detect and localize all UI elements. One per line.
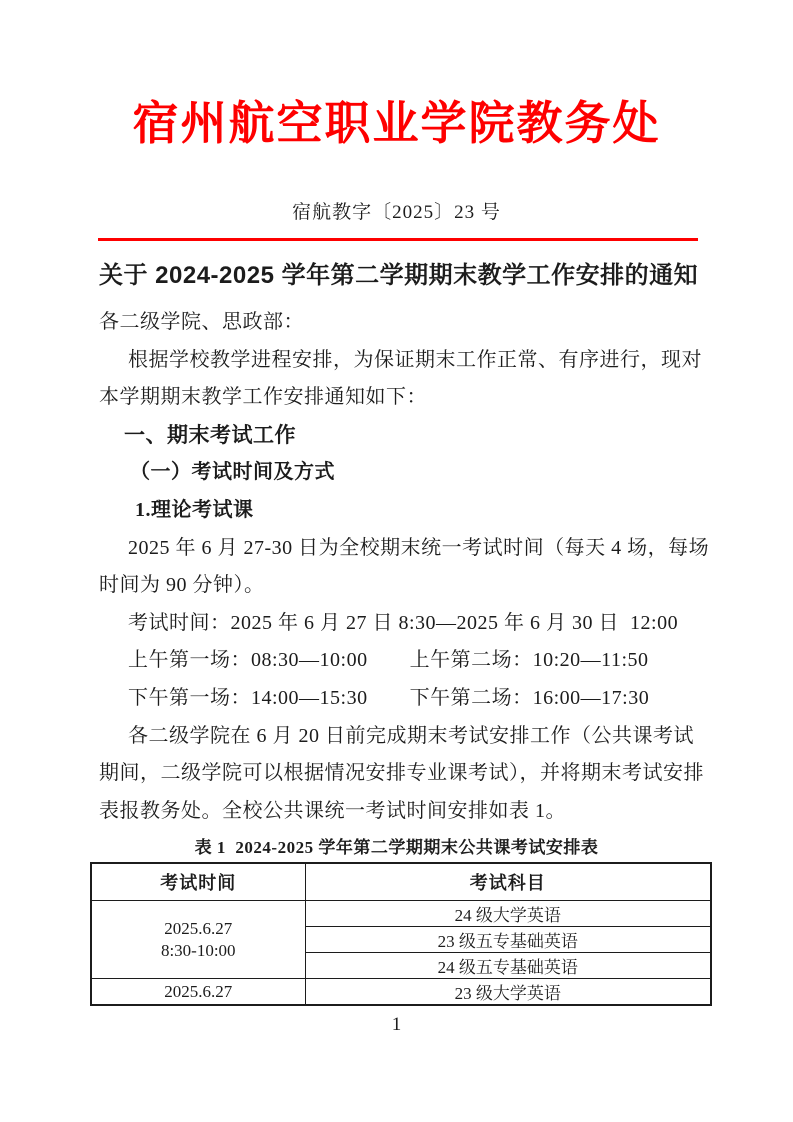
time-range: 8:30-10:00 bbox=[92, 940, 305, 962]
body-line: 根据学校教学进程安排，为保证期末工作正常、有序进行，现对 bbox=[99, 342, 700, 380]
table-row: 2025.6.27 8:30-10:00 24 级大学英语 bbox=[91, 901, 711, 927]
session-line-afternoon: 下午第一场：14:00—15:30下午第二场：16:00—17:30 bbox=[99, 680, 700, 718]
page-number: 1 bbox=[0, 1013, 793, 1037]
time-date: 2025.6.27 bbox=[92, 918, 305, 940]
salutation-line: 各二级学院、思政部： bbox=[99, 304, 700, 342]
session-afternoon-2: 下午第二场：16:00—17:30 bbox=[410, 687, 650, 709]
body-line: 时间为 90 分钟）。 bbox=[99, 567, 700, 605]
table-cell-time: 2025.6.27 8:30-10:00 bbox=[91, 901, 305, 979]
document-page: 宿州航空职业学院教务处 宿航教字〔2025〕23 号 关于 2024-2025 … bbox=[0, 0, 793, 1122]
session-morning-2: 上午第二场：10:20—11:50 bbox=[410, 649, 649, 671]
exam-schedule-table: 考试时间 考试科目 2025.6.27 8:30-10:00 24 级大学英语 … bbox=[90, 862, 712, 1006]
time-date: 2025.6.27 bbox=[92, 981, 305, 1003]
table-cell-time: 2025.6.27 bbox=[91, 979, 305, 1006]
org-title: 宿州航空职业学院教务处 bbox=[0, 0, 793, 152]
session-line-morning: 上午第一场：08:30—10:00上午第二场：10:20—11:50 bbox=[99, 642, 700, 680]
item-heading: 1.理论考试课 bbox=[99, 492, 700, 530]
subsection-heading: （一）考试时间及方式 bbox=[99, 454, 700, 492]
notice-title: 关于 2024-2025 学年第二学期期末教学工作安排的通知 bbox=[99, 260, 699, 291]
table-header-subject: 考试科目 bbox=[305, 863, 711, 901]
table-caption: 表 1 2024-2025 学年第二学期期末公共课考试安排表 bbox=[0, 838, 793, 858]
table-cell-subject: 23 级大学英语 bbox=[305, 979, 711, 1006]
table-cell-subject: 24 级大学英语 bbox=[305, 901, 711, 927]
body-line: 各二级学院在 6 月 20 日前完成期末考试安排工作（公共课考试 bbox=[99, 718, 700, 756]
table-row: 2025.6.27 23 级大学英语 bbox=[91, 979, 711, 1006]
red-divider bbox=[98, 238, 698, 241]
session-morning-1: 上午第一场：08:30—10:00 bbox=[128, 642, 368, 680]
table-cell-subject: 24 级五专基础英语 bbox=[305, 953, 711, 979]
body-line: 期间，二级学院可以根据情况安排专业课考试），并将期末考试安排 bbox=[99, 755, 700, 793]
body-line: 本学期期末教学工作安排通知如下： bbox=[99, 379, 700, 417]
body-line: 2025 年 6 月 27-30 日为全校期末统一考试时间（每天 4 场，每场 bbox=[99, 530, 700, 568]
notice-body: 各二级学院、思政部： 根据学校教学进程安排，为保证期末工作正常、有序进行，现对 … bbox=[99, 304, 700, 830]
table-cell-subject: 23 级五专基础英语 bbox=[305, 927, 711, 953]
exam-time-line: 考试时间：2025 年 6 月 27 日 8:30—2025 年 6 月 30 … bbox=[99, 605, 700, 643]
section-heading: 一、期末考试工作 bbox=[99, 417, 700, 455]
doc-number: 宿航教字〔2025〕23 号 bbox=[0, 201, 793, 225]
body-line: 表报教务处。全校公共课统一考试时间安排如表 1。 bbox=[99, 793, 700, 831]
table-header-time: 考试时间 bbox=[91, 863, 305, 901]
table-header-row: 考试时间 考试科目 bbox=[91, 863, 711, 901]
session-afternoon-1: 下午第一场：14:00—15:30 bbox=[128, 680, 368, 718]
